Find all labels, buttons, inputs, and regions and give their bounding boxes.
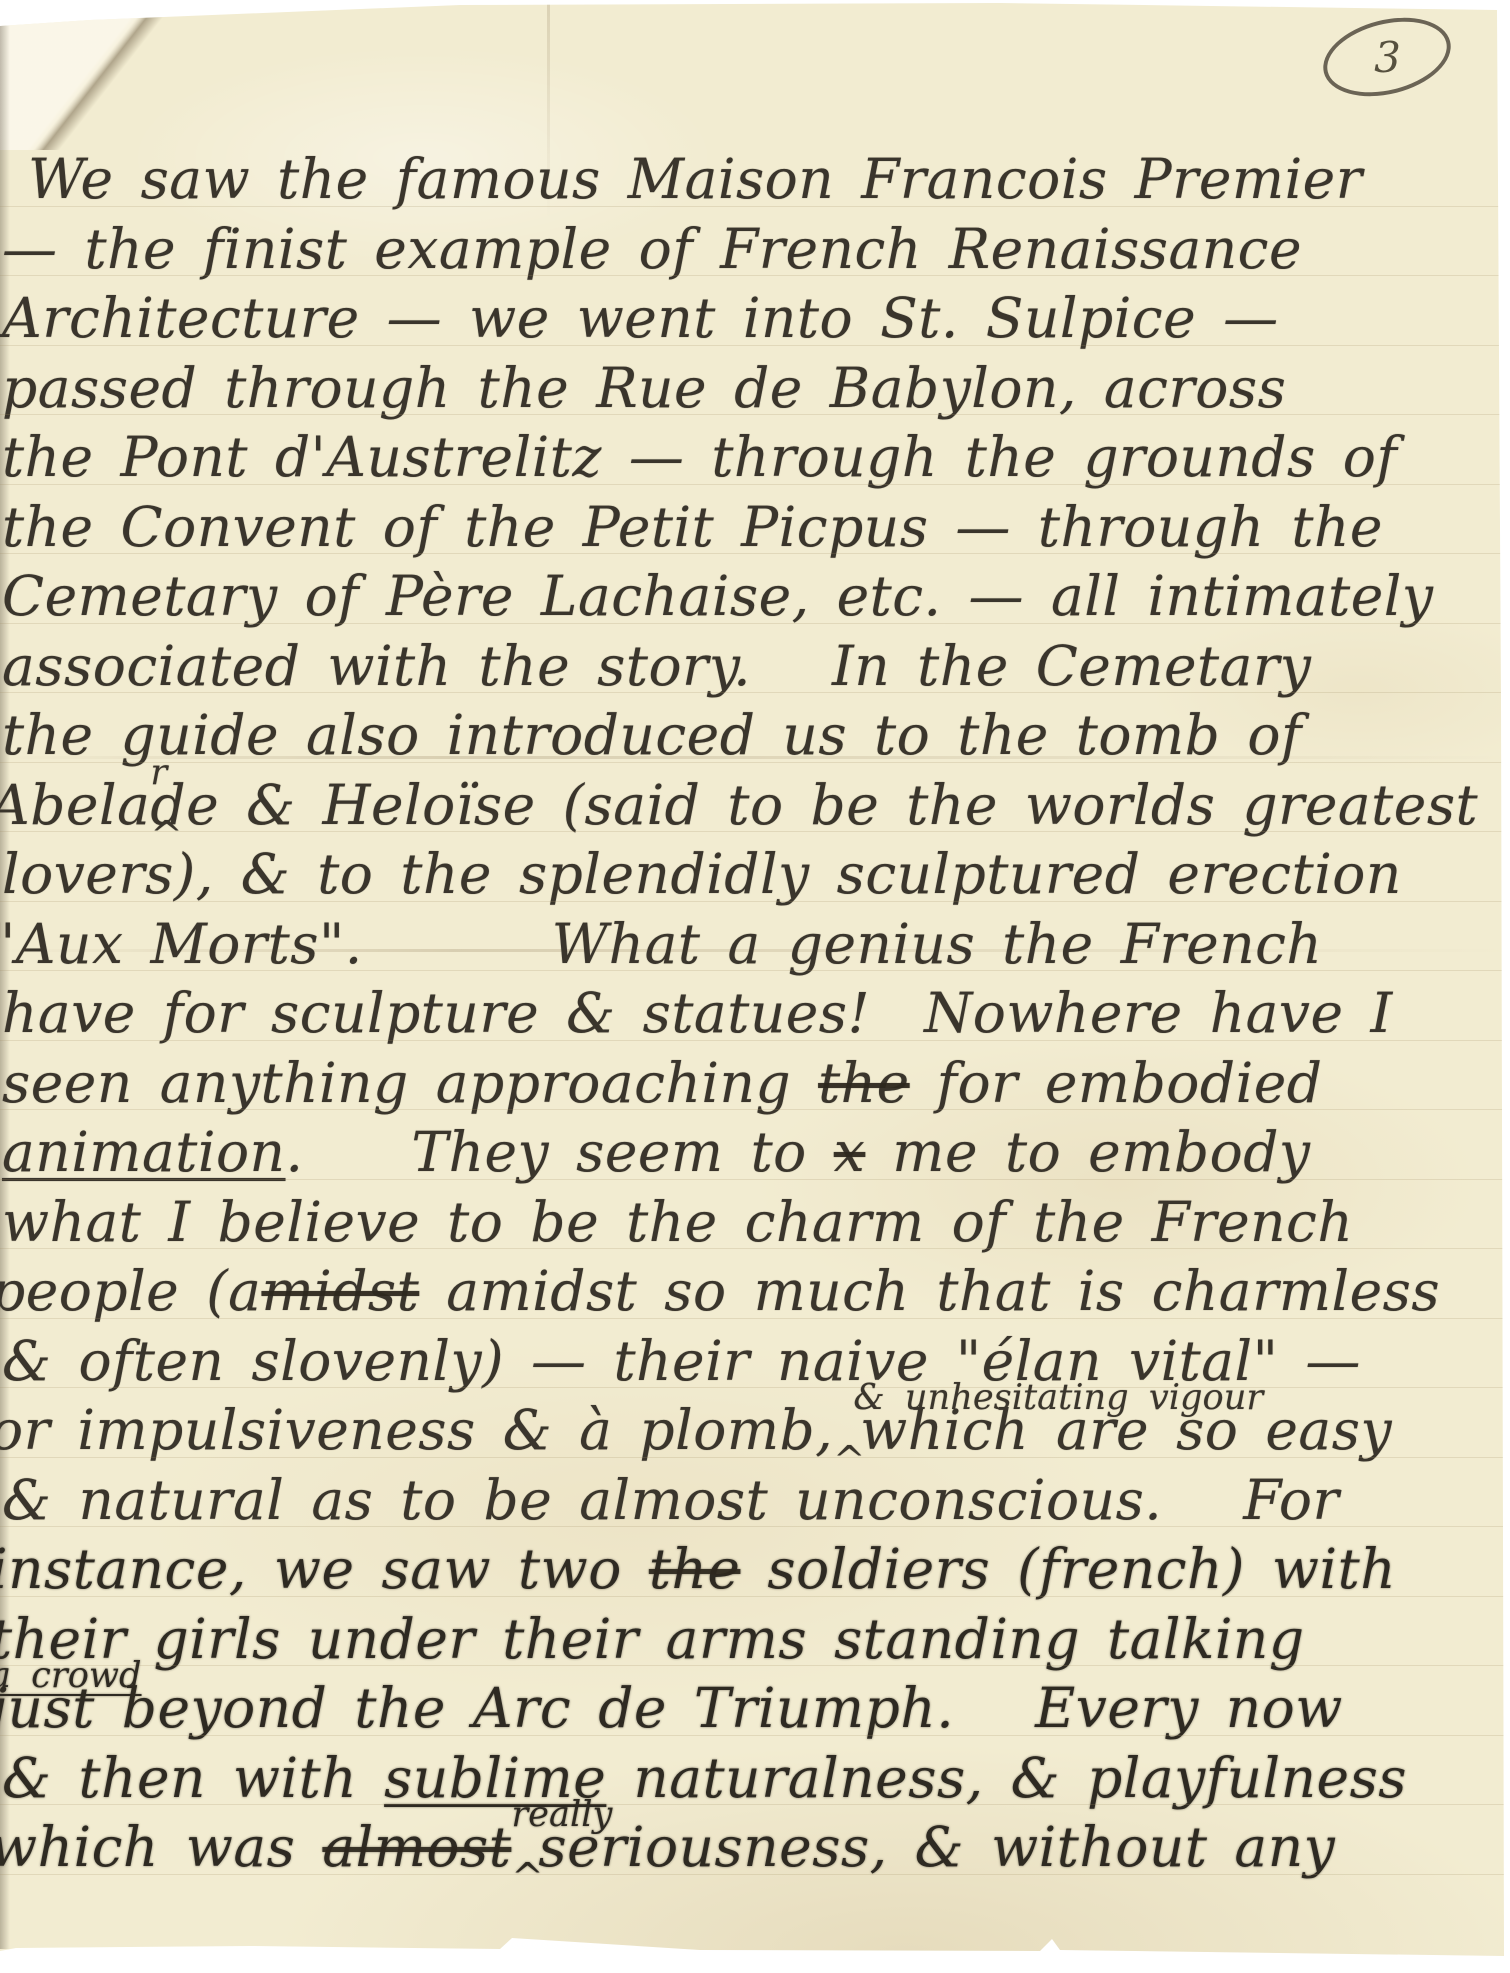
letter-line: a crowdjust beyond the Arc de Triumph. E… bbox=[0, 1674, 1507, 1744]
letter-line: Cemetary of Père Lachaise, etc. — all in… bbox=[2, 562, 1507, 632]
text-segment: passed through the Rue de Babylon, acros… bbox=[2, 356, 1286, 420]
text-segment: have for sculpture & statues! Nowhere ha… bbox=[2, 981, 1393, 1045]
letter-line: & often slovenly) — their naive "élan vi… bbox=[2, 1327, 1507, 1397]
letter-line: seen anything approaching the for embodi… bbox=[2, 1049, 1507, 1119]
letter-line: the Pont d'Austrelitz — through the grou… bbox=[2, 423, 1507, 493]
text-segment: the bbox=[649, 1537, 741, 1601]
text-segment: naturalness, & playfulness bbox=[606, 1746, 1407, 1810]
letter-line: lovers), & to the splendidly sculptured … bbox=[2, 840, 1507, 910]
letter-line: their girls under their arms standing ta… bbox=[0, 1605, 1507, 1675]
text-segment: — the finist example of French Renaissan… bbox=[2, 217, 1302, 281]
text-segment: seriousness, & without any bbox=[511, 1815, 1335, 1879]
letter-line: Architecture — we went into St. Sulpice … bbox=[2, 284, 1507, 354]
scanned-letter-page: 3 We saw the famous Maison Francois Prem… bbox=[0, 0, 1510, 1973]
text-segment: Abela bbox=[0, 773, 150, 837]
text-segment: which was bbox=[0, 1815, 322, 1879]
letter-line: & then with sublime naturalness, & playf… bbox=[2, 1744, 1507, 1814]
page-number-circle: 3 bbox=[1315, 5, 1459, 108]
letter-line: have for sculpture & statues! Nowhere ha… bbox=[2, 979, 1507, 1049]
text-segment: or impulsiveness & à plomb, bbox=[0, 1398, 833, 1462]
text-segment: people (a bbox=[0, 1259, 261, 1323]
text-segment: the Convent of the Petit Picpus — throug… bbox=[2, 495, 1383, 559]
text-segment: the bbox=[818, 1051, 910, 1115]
letter-line: passed through the Rue de Babylon, acros… bbox=[2, 354, 1507, 424]
letter-line: instance, we saw two the soldiers (frenc… bbox=[0, 1535, 1507, 1605]
text-segment: soldiers (french) with bbox=[740, 1537, 1396, 1601]
letter-line: associated with the story. In the Cemeta… bbox=[2, 632, 1507, 702]
paper-fold-crease bbox=[0, 0, 210, 150]
letter-lines: We saw the famous Maison Francois Premie… bbox=[2, 145, 1507, 1883]
text-segment: Cemetary of Père Lachaise, etc. — all in… bbox=[2, 564, 1433, 628]
text-segment: me to embody bbox=[865, 1120, 1310, 1184]
text-segment: the Pont d'Austrelitz — through the grou… bbox=[2, 425, 1397, 489]
letter-line: — the finist example of French Renaissan… bbox=[2, 215, 1507, 285]
text-segment: seen anything approaching bbox=[2, 1051, 818, 1115]
text-segment: & then with bbox=[2, 1746, 384, 1810]
text-segment: the guide also introduced us to the tomb… bbox=[2, 703, 1302, 767]
letter-line: which was almostreally^ seriousness, & w… bbox=[0, 1813, 1507, 1883]
text-segment: & natural as to be almost unconscious. F… bbox=[2, 1468, 1339, 1532]
text-segment: almost bbox=[322, 1815, 511, 1879]
text-segment: Architecture — we went into St. Sulpice … bbox=[2, 286, 1279, 350]
letter-line: animation. They seem to x me to embody bbox=[2, 1118, 1507, 1188]
letter-line: what I believe to be the charm of the Fr… bbox=[2, 1188, 1507, 1258]
text-segment: midst bbox=[261, 1259, 419, 1323]
text-segment: animation bbox=[2, 1120, 285, 1184]
text-segment: just beyond the Arc de Triumph. Every no… bbox=[0, 1676, 1343, 1740]
letter-line: & natural as to be almost unconscious. F… bbox=[2, 1466, 1507, 1536]
text-segment: de & Heloïse (said to be the worlds grea… bbox=[150, 773, 1478, 837]
paper-sheet: 3 We saw the famous Maison Francois Prem… bbox=[0, 0, 1510, 1973]
text-segment: x bbox=[834, 1120, 866, 1184]
text-segment: associated with the story. In the Cemeta… bbox=[2, 634, 1311, 698]
text-segment: "Aux Morts". What a genius the French bbox=[0, 912, 1322, 976]
text-segment: . They seem to bbox=[285, 1120, 833, 1184]
letter-line: the guide also introduced us to the tomb… bbox=[2, 701, 1507, 771]
letter-line: people (amidst amidst so much that is ch… bbox=[0, 1257, 1507, 1327]
letter-line: We saw the famous Maison Francois Premie… bbox=[2, 145, 1507, 215]
letter-line: Abelar^de & Heloïse (said to be the worl… bbox=[0, 771, 1507, 841]
text-segment: their girls under their arms standing ta… bbox=[0, 1607, 1305, 1671]
text-segment: amidst so much that is charmless bbox=[419, 1259, 1440, 1323]
page-number: 3 bbox=[1374, 33, 1401, 82]
text-segment: We saw the famous Maison Francois Premie… bbox=[28, 147, 1363, 211]
text-segment: lovers), & to the splendidly sculptured … bbox=[2, 842, 1402, 906]
text-segment: what I believe to be the charm of the Fr… bbox=[2, 1190, 1353, 1254]
letter-line: or impulsiveness & à plomb,^ & unhesitat… bbox=[0, 1396, 1507, 1466]
letter-line: the Convent of the Petit Picpus — throug… bbox=[2, 493, 1507, 563]
letter-line: "Aux Morts". What a genius the French bbox=[0, 910, 1507, 980]
text-segment: for embodied bbox=[910, 1051, 1323, 1115]
text-segment: instance, we saw two bbox=[0, 1537, 649, 1601]
